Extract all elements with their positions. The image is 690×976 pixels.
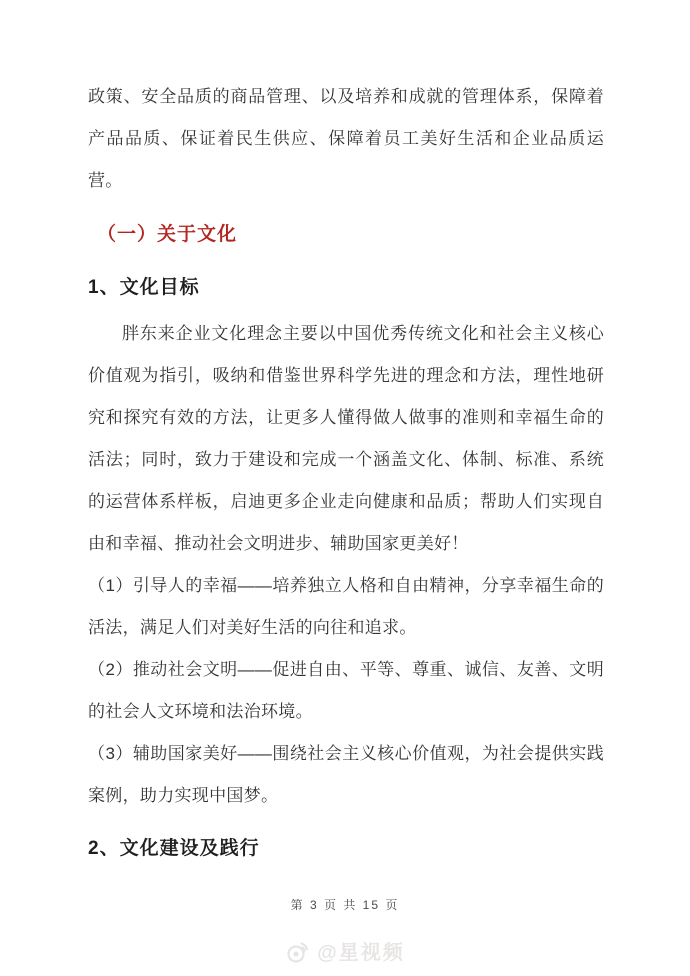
list-item-1: （1）引导人的幸福——培养独立人格和自由精神，分享幸福生命的活法，满足人们对美好… (88, 565, 604, 649)
subsection-2-heading: 2、文化建设及践行 (88, 835, 604, 863)
watermark: @星视频 (0, 936, 690, 965)
culture-goal-paragraph: 胖东来企业文化理念主要以中国优秀传统文化和社会主义核心价值观为指引，吸纳和借鉴世… (88, 313, 604, 565)
document-body: 政策、安全品质的商品管理、以及培养和成就的管理体系，保障着产品品质、保证着民生供… (88, 76, 604, 863)
section-heading: （一）关于文化 (97, 221, 604, 249)
weibo-eye-icon (285, 938, 311, 964)
continuation-paragraph: 政策、安全品质的商品管理、以及培养和成就的管理体系，保障着产品品质、保证着民生供… (88, 76, 604, 202)
watermark-label: @星视频 (317, 936, 405, 965)
document-page: 政策、安全品质的商品管理、以及培养和成就的管理体系，保障着产品品质、保证着民生供… (0, 0, 690, 976)
page-number-footer: 第 3 页 共 15 页 (0, 896, 690, 913)
subsection-1-heading: 1、文化目标 (88, 274, 604, 302)
list-item-2: （2）推动社会文明——促进自由、平等、尊重、诚信、友善、文明的社会人文环境和法治… (88, 649, 604, 733)
list-item-3: （3）辅助国家美好——围绕社会主义核心价值观，为社会提供实践案例，助力实现中国梦… (88, 733, 604, 817)
